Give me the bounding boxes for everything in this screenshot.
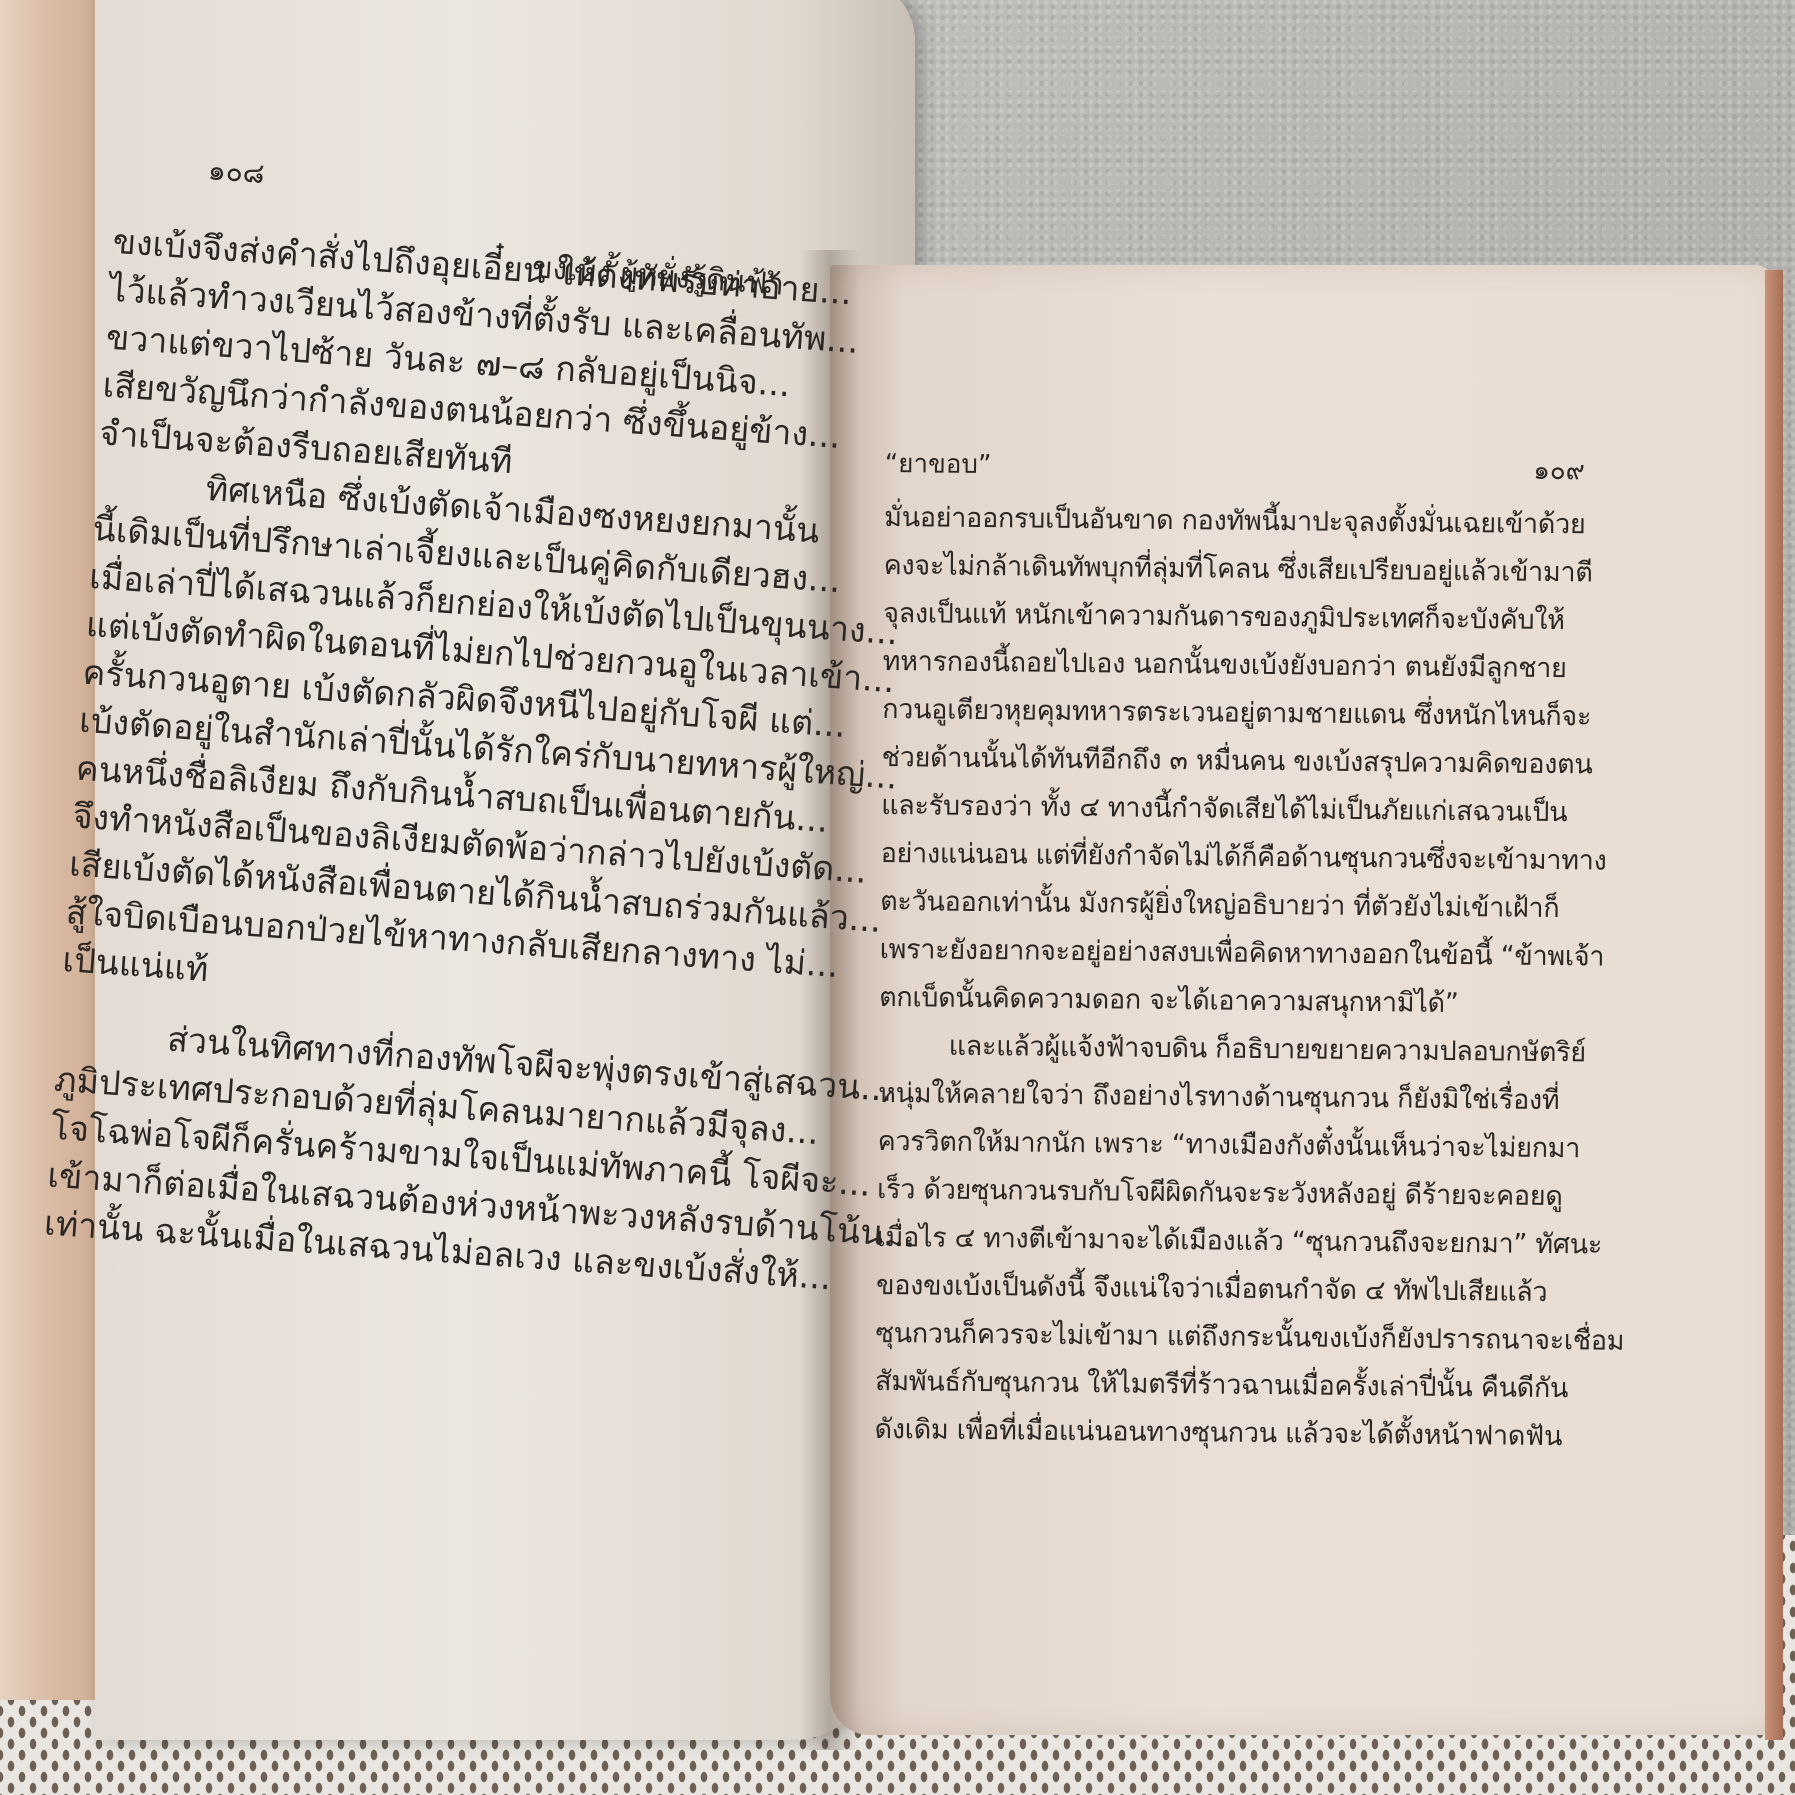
right-running-head: “ยาขอบ” [884,440,991,489]
text-line: สัมพันธ์กับซุนกวน ให้ไมตรีที่ร้าวฉานเมื่… [875,1358,1575,1413]
text-line: ช่วยด้านนั้นได้ทันทีอีกถึง ๓ หมื่นคน ขงเ… [881,734,1581,789]
text-line: ตกเบ็ดนั้นคิดความดอก จะได้เอาความสนุกหาม… [879,974,1579,1029]
text-line: เพราะยังอยากจะอยู่อย่างสงบเพื่อคิดหาทางอ… [879,926,1579,981]
text-line: และรับรองว่า ทั้ง ๔ ทางนี้กำจัดเสียได้ไม… [881,782,1581,837]
book-spine-shadow [800,250,860,1750]
text-line: เมื่อไร ๔ ทางตีเข้ามาจะได้เมืองแล้ว “ซุน… [876,1214,1576,1269]
text-line: เร็ว ด้วยซุนกวนรบกับโจผีผิดกันจะระวังหลั… [877,1166,1577,1221]
left-page-text: ๑๐๘ ขงเบ้ง ผู้หยั่งรู้ดินฟ้า ขงเบ้งจึงส่… [43,140,819,1296]
text-line: ตะวันออกเท่านั้น มังกรผู้ยิ่งใหญ่อธิบายว… [880,878,1580,933]
text-line: ทหารกองนี้ถอยไปเอง นอกนั้นขงเบ้งยังบอกว่… [882,638,1582,693]
text-line: คงจะไม่กล้าเดินทัพบุกที่ลุ่มที่โคลน ซึ่ง… [883,542,1583,597]
text-line: ของขงเบ้งเป็นดังนี้ จึงแน่ใจว่าเมื่อตนกำ… [876,1262,1576,1317]
text-line: อย่างแน่นอน แต่ที่ยังกำจัดไม่ได้ก็คือด้า… [880,830,1580,885]
text-line: ดังเดิม เพื่อที่เมื่อแน่นอนทางซุนกวน แล้… [874,1406,1574,1461]
right-page-text: “ยาขอบ” ๑๐๙ มั่นอย่าออกรบเป็นอันขาด กองท… [874,440,1585,1461]
text-line: ควรวิตกให้มากนัก เพราะ “ทางเมืองกังตั๋งน… [877,1118,1577,1173]
text-line: จุลงเป็นแท้ หนักเข้าความกันดารของภูมิประ… [883,590,1583,645]
text-line: หนุ่มให้คลายใจว่า ถึงอย่างไรทางด้านซุนกว… [878,1070,1578,1125]
right-page-header: “ยาขอบ” ๑๐๙ [884,440,1584,495]
text-line: มั่นอย่าออกรบเป็นอันขาด กองทัพนี้มาปะจุล… [884,494,1584,549]
text-line: ซุนกวนก็ควรจะไม่เข้ามา แต่ถึงกระนั้นขงเบ… [875,1310,1575,1365]
text-line: และแล้วผู้แจ้งฟ้าจบดิน ก็อธิบายขยายความป… [878,1022,1578,1077]
text-line: กวนอูเตียวหุยคุมทหารตระเวนอยู่ตามชายแดน … [882,686,1582,741]
right-page-number: ๑๐๙ [1533,447,1585,496]
right-page-edge [1765,270,1783,1740]
